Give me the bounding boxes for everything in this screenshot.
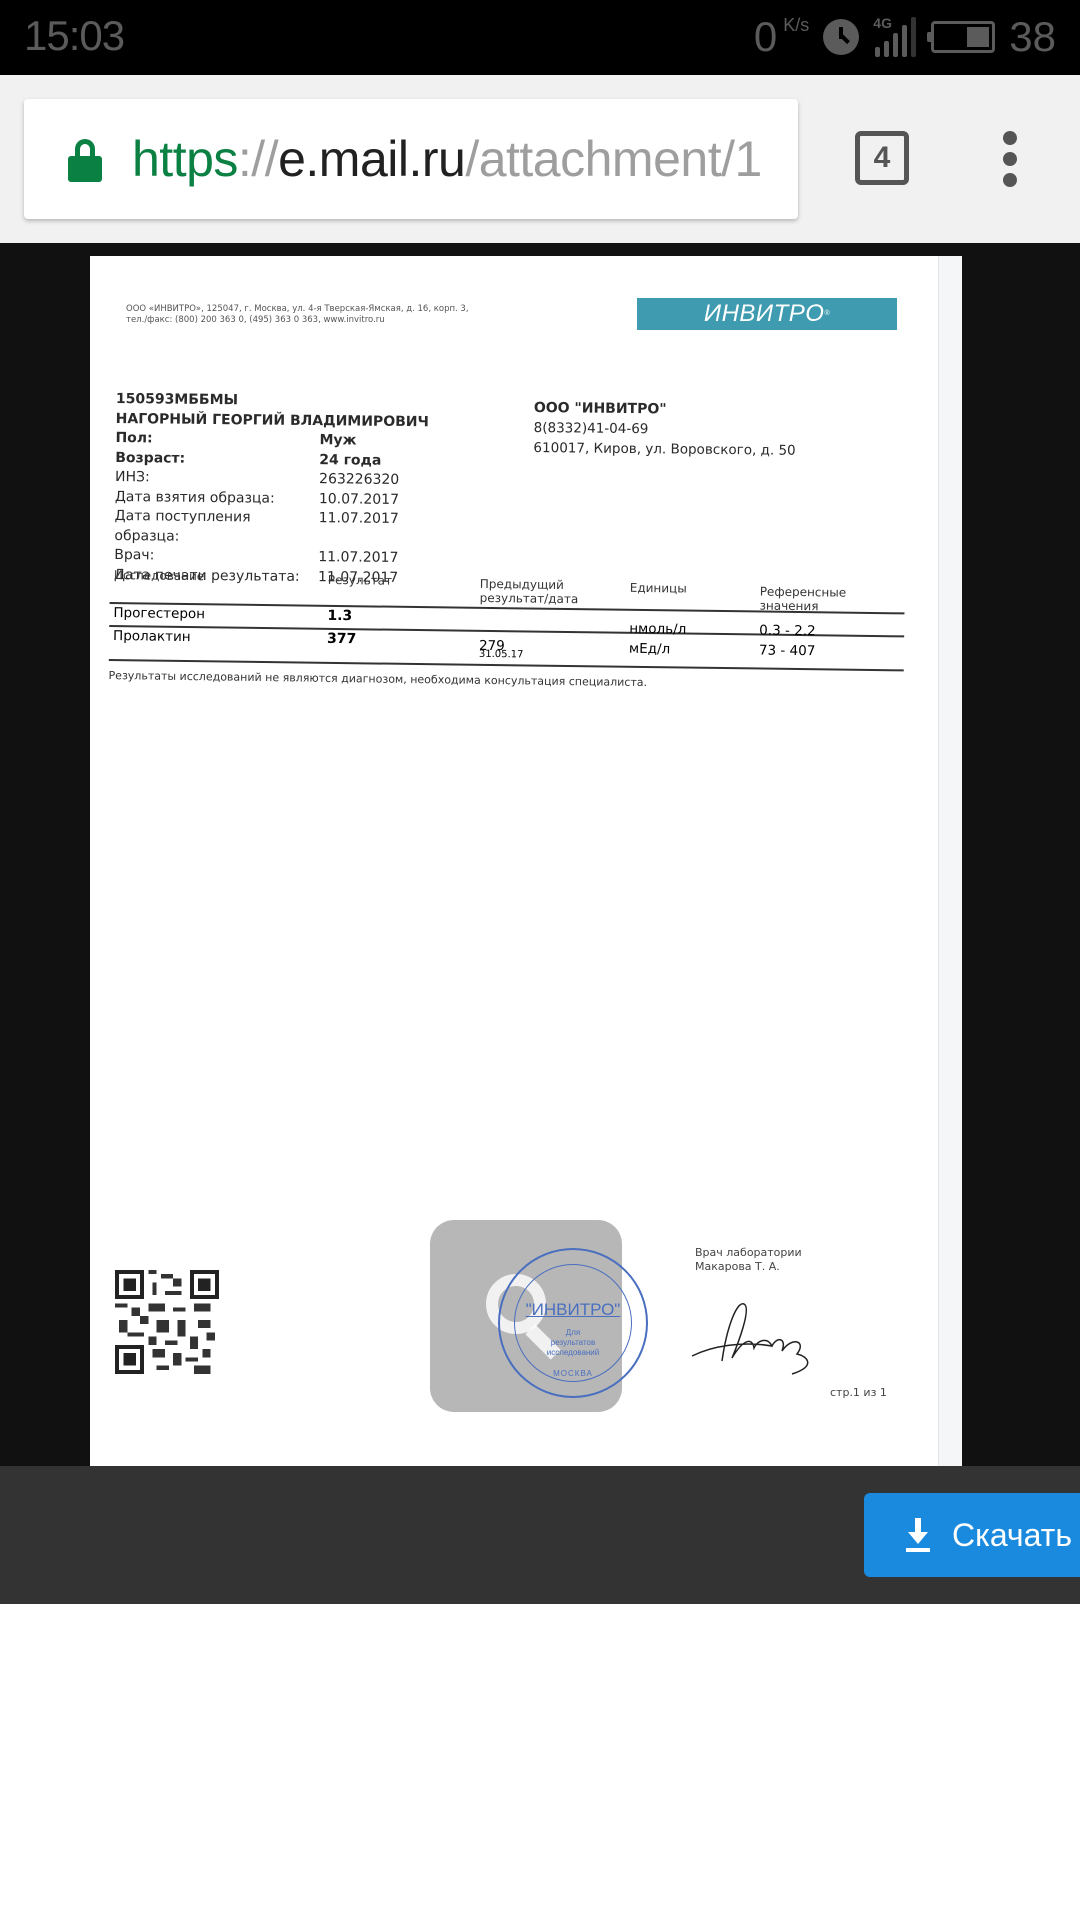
- net-speed-unit: K/s: [783, 15, 809, 36]
- patient-field-value: 10.07.2017: [319, 490, 399, 510]
- url-separator: ://: [238, 131, 278, 187]
- status-bar: 15:03 0 K/s 4G 38: [0, 0, 1080, 75]
- page-edge: [938, 256, 962, 1466]
- lab-address: 610017, Киров, ул. Воровского, д. 50: [533, 438, 795, 461]
- patient-field-label: Врач:: [114, 546, 318, 568]
- patient-field-label: Дата взятия образца:: [115, 487, 319, 509]
- cell-result: 377: [327, 631, 356, 647]
- col-units: Единицы: [630, 581, 687, 596]
- battery-level: 38: [1009, 13, 1056, 61]
- signer-info: Врач лаборатории Макарова Т. А.: [695, 1246, 802, 1274]
- battery-icon: [931, 21, 995, 53]
- patient-field-label: Возраст:: [115, 448, 319, 470]
- cell-result: 1.3: [327, 608, 352, 624]
- signer-title: Врач лаборатории: [695, 1246, 802, 1260]
- patient-field-value: 11.07.2017: [318, 548, 398, 568]
- patient-field-value: Муж: [319, 431, 356, 451]
- patient-info: 150593МББМЫ НАГОРНЫЙ ГЕОРГИЙ ВЛАДИМИРОВИ…: [114, 390, 429, 588]
- patient-field: Дата поступления образца:11.07.2017: [114, 507, 428, 549]
- lab-stamp: "ИНВИТРО" Длярезультатовисследований МОС…: [498, 1248, 648, 1398]
- col-prev: Предыдущийрезультат/дата: [480, 577, 579, 606]
- document-page[interactable]: ООО «ИНВИТРО», 125047, г. Москва, ул. 4-…: [90, 256, 962, 1466]
- cell-test: Пролактин: [113, 628, 191, 645]
- patient-field-value: 24 года: [319, 451, 381, 471]
- signer-name: Макарова Т. А.: [695, 1260, 802, 1274]
- more-menu-icon[interactable]: [995, 131, 1025, 187]
- net-speed: 0 K/s: [754, 13, 809, 61]
- bottom-action-bar: Скачать: [0, 1466, 1080, 1604]
- col-result: Результат: [328, 573, 392, 588]
- cell-reference: 73 - 407: [759, 643, 816, 660]
- patient-field-value: 11.07.2017: [318, 509, 399, 549]
- download-label: Скачать: [952, 1517, 1072, 1554]
- page-number: стр.1 из 1: [830, 1386, 887, 1399]
- results-table: Исследование Результат Предыдущийрезульт…: [109, 568, 905, 692]
- col-reference: Референсные значения: [759, 585, 904, 615]
- cell-test: Прогестерон: [113, 605, 205, 622]
- url-bar[interactable]: https://e.mail.ru/attachment/1: [24, 99, 798, 219]
- net-speed-value: 0: [754, 13, 777, 61]
- patient-field-label: ИНЗ:: [115, 468, 319, 490]
- download-icon: [906, 1518, 930, 1552]
- url-path: /attachment/1: [465, 131, 761, 187]
- tab-switcher-button[interactable]: 4: [855, 131, 909, 185]
- signal-icon: 4G: [873, 17, 917, 57]
- network-type: 4G: [873, 15, 892, 31]
- url-scheme: https: [132, 131, 238, 187]
- stamp-name: "ИНВИТРО": [500, 1300, 646, 1320]
- url-host: e.mail.ru: [278, 131, 465, 187]
- document-viewer[interactable]: ООО «ИНВИТРО», 125047, г. Москва, ул. 4-…: [0, 243, 1080, 1466]
- stamp-city: МОСКВА: [500, 1369, 646, 1378]
- status-time: 15:03: [24, 12, 124, 60]
- lab-phone: 8(8332)41-04-69: [534, 418, 796, 441]
- company-header-line1: ООО «ИНВИТРО», 125047, г. Москва, ул. 4-…: [126, 304, 469, 315]
- lab-name: ООО "ИНВИТРО": [534, 398, 796, 421]
- browser-toolbar: https://e.mail.ru/attachment/1 4: [0, 75, 1080, 243]
- patient-code: 150593МББМЫ: [116, 390, 429, 413]
- stamp-subtitle: Длярезультатовисследований: [500, 1328, 646, 1358]
- download-button[interactable]: Скачать: [864, 1493, 1080, 1577]
- col-test: Исследование: [114, 568, 205, 583]
- invitro-logo: ИНВИТРО®: [637, 298, 897, 330]
- status-icons: 0 K/s 4G 38: [754, 12, 1056, 62]
- signature: [682, 1296, 842, 1376]
- disclaimer: Результаты исследований не являются диаг…: [109, 669, 904, 692]
- patient-field-value: 263226320: [319, 470, 399, 490]
- cell-units: мЕд/л: [629, 641, 670, 658]
- patient-field-label: Пол:: [115, 429, 319, 451]
- lock-icon[interactable]: [68, 139, 102, 181]
- qr-code: [112, 1270, 222, 1374]
- patient-field-label: Дата поступления образца:: [114, 507, 318, 548]
- company-header: ООО «ИНВИТРО», 125047, г. Москва, ул. 4-…: [126, 304, 469, 326]
- lab-info: ООО "ИНВИТРО" 8(8332)41-04-69 610017, Ки…: [533, 398, 796, 461]
- cell-prev-date: 31.05.17: [479, 649, 524, 661]
- alarm-icon: [823, 19, 859, 55]
- url-text[interactable]: https://e.mail.ru/attachment/1: [132, 127, 762, 191]
- company-header-line2: тел./факс: (800) 200 363 0, (495) 363 0 …: [126, 315, 469, 326]
